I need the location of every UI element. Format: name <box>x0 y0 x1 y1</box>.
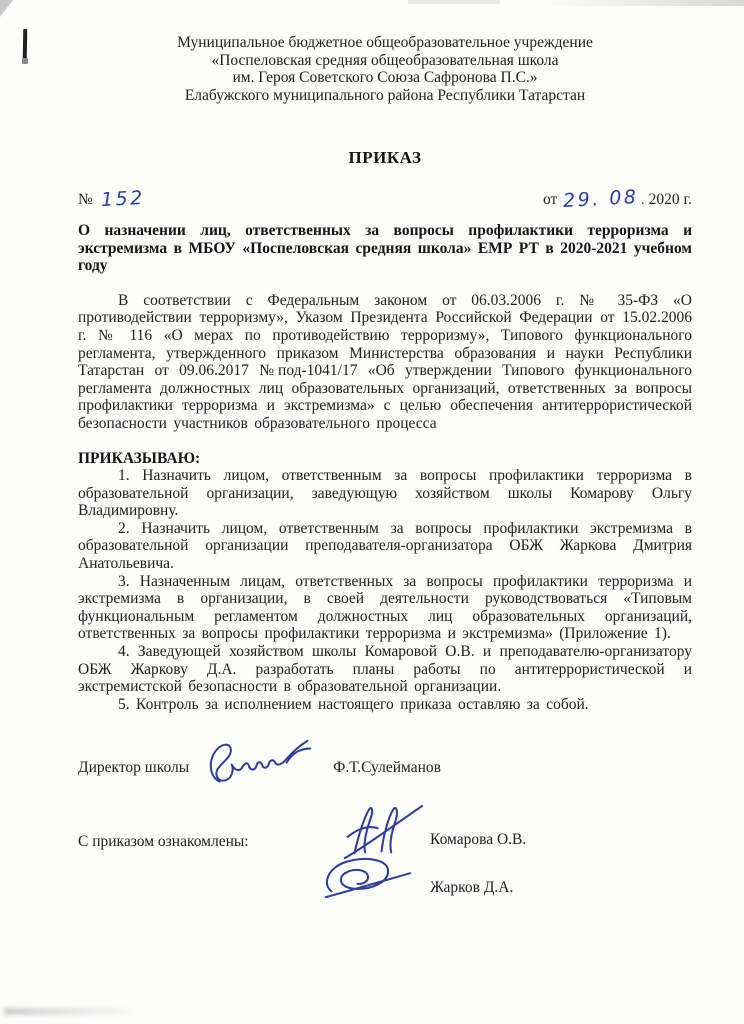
letterhead-line-3: им. Героя Советского Союза Сафронова П.С… <box>78 69 692 87</box>
director-signature-row: Директор школы Ф.Т.Сулейманов <box>78 759 692 777</box>
letterhead-line-2: «Поспеловская средняя общеобразовательна… <box>78 52 692 70</box>
order-heading: ПРИКАЗЫВАЮ: <box>78 450 692 468</box>
scan-artifact-pen-mark <box>23 29 28 59</box>
order-item-4: 4. Заведующей хозяйством школы Комаровой… <box>78 643 692 696</box>
order-date: от29. 08.2020 г. <box>543 190 692 209</box>
order-item-1: 1. Назначить лицом, ответственным за воп… <box>78 467 692 520</box>
date-prefix: от <box>543 191 557 208</box>
order-number: №152 <box>78 190 145 209</box>
subject-line-2: экстремизма в МБОУ «Поспеловская средняя… <box>78 240 692 258</box>
acknowledgment-section: С приказом ознакомлены: Комарова О.В. Жа… <box>78 817 692 967</box>
subject-title: О назначении лиц, ответственных за вопро… <box>78 222 692 275</box>
scan-artifact-pen-mark-blob <box>22 58 28 64</box>
letterhead-line-1: Муниципальное бюджетное общеобразователь… <box>78 34 692 52</box>
scan-artifact-corner-fold <box>0 0 13 17</box>
order-item-3: 3. Назначенным лицам, ответственных за в… <box>78 573 692 643</box>
date-year: 2020 г. <box>649 191 692 208</box>
date-dot: . <box>641 191 645 208</box>
document-body: Муниципальное бюджетное общеобразователь… <box>78 34 692 967</box>
director-label: Директор школы <box>78 759 189 777</box>
acknowledged-name-komarova: Комарова О.В. <box>430 831 526 849</box>
scanned-order-document: Муниципальное бюджетное общеобразователь… <box>0 0 744 1024</box>
scan-artifact-top-right-streak <box>539 0 744 6</box>
director-signature-ink <box>203 739 321 791</box>
order-item-2: 2. Назначить лицом, ответственным за воп… <box>78 520 692 573</box>
subject-line-3: году <box>78 257 692 275</box>
order-item-5: 5. Контроль за исполнением настоящего пр… <box>78 696 692 714</box>
scan-artifact-bottom-smudge <box>4 1008 144 1015</box>
subject-line-1: О назначении лиц, ответственных за вопро… <box>78 222 692 240</box>
letterhead-line-4: Елабужского муниципального района Респуб… <box>78 87 692 105</box>
handwritten-order-number: 152 <box>100 190 145 210</box>
director-name: Ф.Т.Сулейманов <box>333 759 441 777</box>
preamble-paragraph: В соответствии с Федеральным законом от … <box>78 292 692 433</box>
scan-artifact-top-streak <box>408 0 500 4</box>
acknowledged-label: С приказом ознакомлены: <box>78 833 249 851</box>
zharkov-signature-ink <box>316 853 418 901</box>
acknowledged-name-zharkov: Жарков Д.А. <box>430 879 513 897</box>
number-sign: № <box>78 191 93 208</box>
doc-type-title: ПРИКАЗ <box>78 149 692 167</box>
letterhead: Муниципальное бюджетное общеобразователь… <box>78 34 692 104</box>
number-date-row: №152 от29. 08.2020 г. <box>78 177 692 209</box>
handwritten-date: 29. 08 <box>563 189 639 211</box>
